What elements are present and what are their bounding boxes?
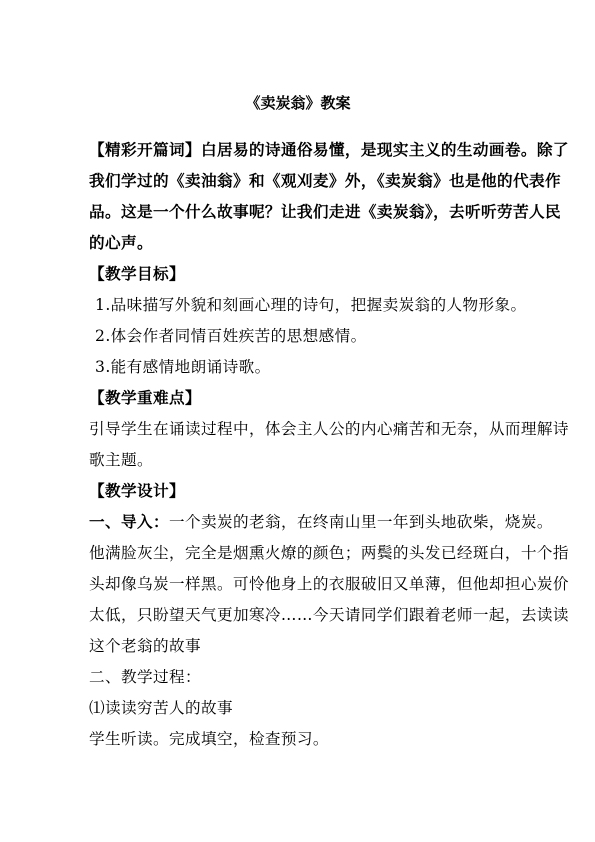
document-title: 《卖炭翁》教案: [89, 92, 507, 114]
intro-text: 白居易的诗通俗易懂，是现实主义的生动画卷。除了: [201, 141, 569, 159]
intro-line-3: 品。这是一个什么故事呢？让我们走进《卖炭翁》，去听听劳苦人民: [89, 201, 507, 232]
lead-in-text: 一个卖炭的老翁，在终南山里一年到头地砍柴，烧炭。: [169, 513, 553, 531]
lead-in-line-3: 头却像乌炭一样黑。可怜他身上的衣服破旧又单薄，但他却担心炭价: [89, 573, 507, 604]
document-body: 【精彩开篇词】白居易的诗通俗易懂，是现实主义的生动画卷。除了 我们学过的《卖油翁…: [89, 139, 507, 759]
lead-in-line-4: 太低，只盼望天气更加寒冷……今天请同学们跟着老师一起，去读读: [89, 604, 507, 635]
process-step1-text: 学生听读。完成填空，检查预习。: [89, 728, 507, 759]
process-step1-title: ⑴读读穷苦人的故事: [89, 697, 507, 728]
process-heading: 二、教学过程：: [89, 666, 507, 697]
key-points-heading: 【教学重难点】: [89, 387, 507, 418]
key-points-line-2: 歌主题。: [89, 449, 507, 480]
objective-item-2: 2.体会作者同情百姓疾苦的思想感情。: [89, 325, 507, 356]
intro-heading: 【精彩开篇词】: [89, 141, 201, 159]
intro-line-4: 的心声。: [89, 232, 507, 263]
objective-item-3: 3.能有感情地朗诵诗歌。: [89, 356, 507, 387]
lead-in-line-2: 他满脸灰尘，完全是烟熏火燎的颜色；两鬓的头发已经斑白，十个指: [89, 542, 507, 573]
design-heading: 【教学设计】: [89, 480, 507, 511]
intro-line-2: 我们学过的《卖油翁》和《观刈麦》外，《卖炭翁》也是他的代表作: [89, 170, 507, 201]
key-points-line-1: 引导学生在诵读过程中，体会主人公的内心痛苦和无奈，从而理解诗: [89, 418, 507, 449]
lead-in-line-5: 这个老翁的故事: [89, 635, 507, 666]
objectives-heading: 【教学目标】: [89, 263, 507, 294]
lead-in-label: 一、导入：: [89, 513, 169, 531]
intro-line-1: 【精彩开篇词】白居易的诗通俗易懂，是现实主义的生动画卷。除了: [89, 139, 507, 170]
lead-in-line-1: 一、导入：一个卖炭的老翁，在终南山里一年到头地砍柴，烧炭。: [89, 511, 507, 542]
objective-item-1: 1.品味描写外貌和刻画心理的诗句，把握卖炭翁的人物形象。: [89, 294, 507, 325]
